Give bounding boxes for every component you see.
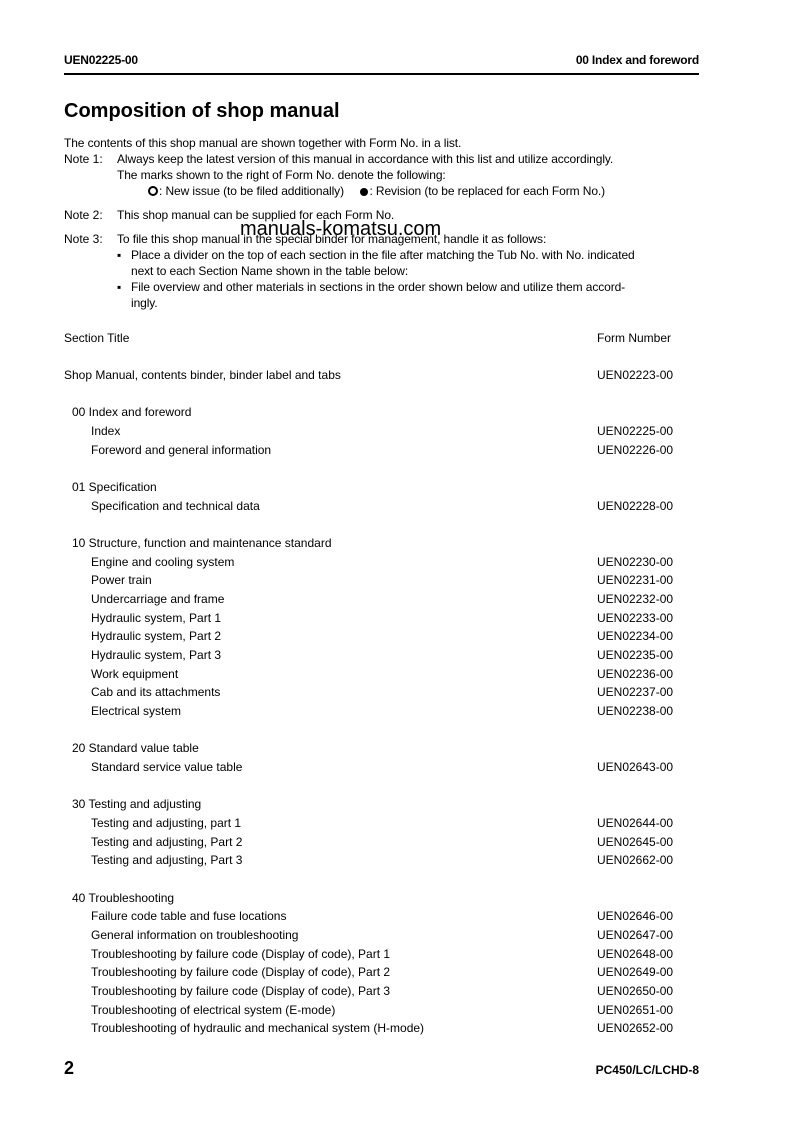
row-title: 40 Troubleshooting [72, 891, 174, 905]
row-form-number: UEN02238-00 [597, 704, 673, 718]
row-title: Testing and adjusting, Part 2 [91, 835, 242, 849]
mark-rev-text: : Revision (to be replaced for each Form… [369, 184, 605, 198]
table-row: Work equipmentUEN02236-00 [64, 667, 704, 685]
row-title: Foreword and general information [91, 443, 271, 457]
row-title: Hydraulic system, Part 3 [91, 648, 221, 662]
row-title: Engine and cooling system [91, 555, 234, 569]
row-form-number: UEN02234-00 [597, 629, 673, 643]
row-title: Failure code table and fuse locations [91, 909, 286, 923]
row-form-number: UEN02651-00 [597, 1003, 673, 1017]
row-title: Standard service value table [91, 760, 242, 774]
row-title: 10 Structure, function and maintenance s… [72, 536, 332, 550]
table-row: Hydraulic system, Part 3UEN02235-00 [64, 648, 704, 666]
row-title: Troubleshooting of hydraulic and mechani… [91, 1021, 424, 1035]
row-form-number: UEN02646-00 [597, 909, 673, 923]
row-form-number: UEN02650-00 [597, 984, 673, 998]
row-title: Undercarriage and frame [91, 592, 224, 606]
note1-label: Note 1: [64, 152, 103, 166]
row-title: Troubleshooting by failure code (Display… [91, 947, 390, 961]
table-row: Hydraulic system, Part 1UEN02233-00 [64, 611, 704, 629]
table-row: Standard service value tableUEN02643-00 [64, 760, 704, 778]
table-row: Troubleshooting of electrical system (E-… [64, 1003, 704, 1021]
mark-new-text: : New issue (to be filed additionally) [159, 184, 344, 198]
section-heading-row: 00 Index and foreword [64, 405, 704, 423]
table-row: Troubleshooting by failure code (Display… [64, 965, 704, 983]
row-title: Specification and technical data [91, 499, 260, 513]
table-row: Electrical systemUEN02238-00 [64, 704, 704, 722]
table-row: Specification and technical dataUEN02228… [64, 499, 704, 517]
header-section: 00 Index and foreword [576, 53, 699, 67]
row-form-number: UEN02231-00 [597, 573, 673, 587]
row-form-number: UEN02236-00 [597, 667, 673, 681]
row-form-number: UEN02228-00 [597, 499, 673, 513]
row-title: Troubleshooting by failure code (Display… [91, 984, 390, 998]
section-heading-row: 01 Specification [64, 480, 704, 498]
col-header-form-number: Form Number [597, 331, 671, 345]
table-row: Shop Manual, contents binder, binder lab… [64, 368, 704, 386]
row-form-number: UEN02649-00 [597, 965, 673, 979]
row-form-number: UEN02237-00 [597, 685, 673, 699]
section-heading-row: 30 Testing and adjusting [64, 797, 704, 815]
section-heading-row: 10 Structure, function and maintenance s… [64, 536, 704, 554]
header-rule [64, 73, 699, 75]
table-row: IndexUEN02225-00 [64, 424, 704, 442]
note1-line1: Always keep the latest version of this m… [117, 152, 613, 166]
row-form-number: UEN02230-00 [597, 555, 673, 569]
row-title: General information on troubleshooting [91, 928, 298, 942]
row-title: Cab and its attachments [91, 685, 220, 699]
row-form-number: UEN02225-00 [597, 424, 673, 438]
table-row: Foreword and general informationUEN02226… [64, 443, 704, 461]
table-row: General information on troubleshootingUE… [64, 928, 704, 946]
row-form-number: UEN02223-00 [597, 368, 673, 382]
row-form-number: UEN02647-00 [597, 928, 673, 942]
row-title: 30 Testing and adjusting [72, 797, 201, 811]
page-header: UEN02225-00 00 Index and foreword [64, 53, 699, 69]
row-title: 00 Index and foreword [72, 405, 191, 419]
row-title: Work equipment [91, 667, 178, 681]
row-form-number: UEN02235-00 [597, 648, 673, 662]
table-row: Hydraulic system, Part 2UEN02234-00 [64, 629, 704, 647]
row-title: 20 Standard value table [72, 741, 199, 755]
row-title: Hydraulic system, Part 1 [91, 611, 221, 625]
table-row: Troubleshooting of hydraulic and mechani… [64, 1021, 704, 1039]
table-row: Power trainUEN02231-00 [64, 573, 704, 591]
page-number: 2 [64, 1058, 74, 1079]
note3-label: Note 3: [64, 232, 103, 246]
row-form-number: UEN02648-00 [597, 947, 673, 961]
filled-circle-icon [360, 188, 368, 196]
table-row: Failure code table and fuse locationsUEN… [64, 909, 704, 927]
note1-line2: The marks shown to the right of Form No.… [117, 168, 446, 182]
bullet2-line1: File overview and other materials in sec… [131, 280, 625, 294]
row-form-number: UEN02233-00 [597, 611, 673, 625]
table-row: Testing and adjusting, part 1UEN02644-00 [64, 816, 704, 834]
bullet2-line2: ingly. [131, 296, 158, 310]
note2-label: Note 2: [64, 208, 103, 222]
col-header-section-title: Section Title [64, 331, 129, 345]
bullet-icon: ▪ [117, 280, 121, 294]
section-heading-row: 20 Standard value table [64, 741, 704, 759]
mark-legend: : New issue (to be filed additionally) :… [148, 184, 605, 198]
row-title: Power train [91, 573, 152, 587]
table-row: Testing and adjusting, Part 2UEN02645-00 [64, 835, 704, 853]
table-row: Troubleshooting by failure code (Display… [64, 947, 704, 965]
table-row: Cab and its attachmentsUEN02237-00 [64, 685, 704, 703]
bullet1-line2: next to each Section Name shown in the t… [131, 264, 408, 278]
row-title: Troubleshooting of electrical system (E-… [91, 1003, 335, 1017]
bullet-icon: ▪ [117, 248, 121, 262]
table-row: Engine and cooling systemUEN02230-00 [64, 555, 704, 573]
footer-model: PC450/LC/LCHD-8 [596, 1063, 699, 1077]
row-title: Testing and adjusting, part 1 [91, 816, 241, 830]
table-row: Testing and adjusting, Part 3UEN02662-00 [64, 853, 704, 871]
row-title: Shop Manual, contents binder, binder lab… [64, 368, 341, 382]
section-heading-row: 40 Troubleshooting [64, 891, 704, 909]
row-form-number: UEN02644-00 [597, 816, 673, 830]
open-circle-icon [148, 186, 158, 196]
header-doc-number: UEN02225-00 [64, 53, 138, 67]
row-title: Testing and adjusting, Part 3 [91, 853, 242, 867]
row-form-number: UEN02662-00 [597, 853, 673, 867]
watermark: manuals-komatsu.com [240, 218, 441, 241]
row-title: Troubleshooting by failure code (Display… [91, 965, 390, 979]
page-title: Composition of shop manual [64, 100, 340, 123]
bullet1-line1: Place a divider on the top of each secti… [131, 248, 635, 262]
table-row: Troubleshooting by failure code (Display… [64, 984, 704, 1002]
row-title: Index [91, 424, 120, 438]
row-title: Electrical system [91, 704, 181, 718]
table-row: Undercarriage and frameUEN02232-00 [64, 592, 704, 610]
row-form-number: UEN02226-00 [597, 443, 673, 457]
row-form-number: UEN02645-00 [597, 835, 673, 849]
row-form-number: UEN02232-00 [597, 592, 673, 606]
row-title: 01 Specification [72, 480, 157, 494]
row-title: Hydraulic system, Part 2 [91, 629, 221, 643]
table-header: Section Title Form Number [64, 331, 704, 349]
row-form-number: UEN02652-00 [597, 1021, 673, 1035]
row-form-number: UEN02643-00 [597, 760, 673, 774]
intro-text: The contents of this shop manual are sho… [64, 136, 461, 150]
